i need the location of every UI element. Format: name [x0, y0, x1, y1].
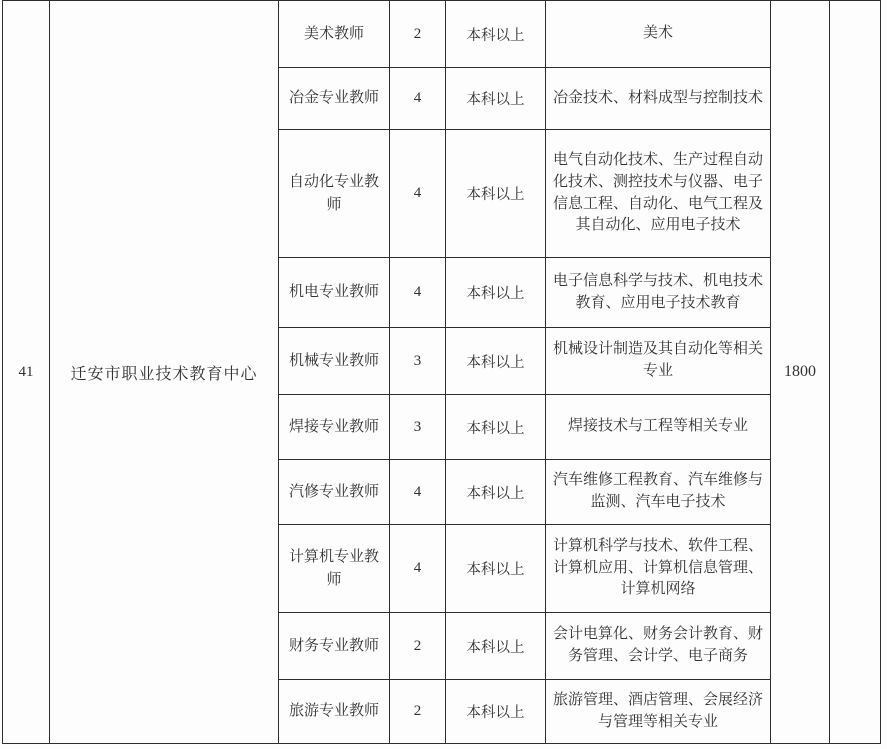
- education-cell: 本科以上: [446, 460, 546, 525]
- education-cell: 本科以上: [446, 68, 546, 130]
- majors-cell: 会计电算化、财务会计教育、财务管理、会计学、电子商务: [546, 613, 771, 680]
- position-title-cell: 财务专业教师: [279, 613, 390, 680]
- majors-cell: 电气自动化技术、生产过程自动化技术、测控技术与仪器、电子信息工程、自动化、电气工…: [546, 130, 771, 258]
- position-count-cell: 2: [390, 1, 446, 68]
- position-count-cell: 4: [390, 130, 446, 258]
- position-title-cell: 汽修专业教师: [279, 460, 390, 525]
- education-cell: 本科以上: [446, 130, 546, 258]
- position-title-cell: 美术教师: [279, 1, 390, 68]
- org-name-cell: 迁安市职业技术教育中心: [50, 1, 279, 744]
- trailing-empty-cell: [830, 1, 881, 744]
- position-count-cell: 3: [390, 328, 446, 395]
- majors-cell: 旅游管理、酒店管理、会展经济与管理等相关专业: [546, 680, 771, 744]
- majors-cell: 焊接技术与工程等相关专业: [546, 395, 771, 460]
- position-title-cell: 计算机专业教师: [279, 525, 390, 613]
- position-count-cell: 2: [390, 680, 446, 744]
- majors-cell: 机械设计制造及其自动化等相关专业: [546, 328, 771, 395]
- position-count-cell: 4: [390, 460, 446, 525]
- majors-cell: 计算机科学与技术、软件工程、计算机应用、计算机信息管理、计算机网络: [546, 525, 771, 613]
- position-count-cell: 4: [390, 68, 446, 130]
- education-cell: 本科以上: [446, 258, 546, 328]
- education-cell: 本科以上: [446, 613, 546, 680]
- page: 41 迁安市职业技术教育中心 美术教师 2 本科以上 美术 1800 冶金专业教…: [0, 0, 887, 749]
- position-count-cell: 3: [390, 395, 446, 460]
- position-title-cell: 机械专业教师: [279, 328, 390, 395]
- education-cell: 本科以上: [446, 680, 546, 744]
- majors-cell: 美术: [546, 1, 771, 68]
- position-count-cell: 2: [390, 613, 446, 680]
- recruitment-table: 41 迁安市职业技术教育中心 美术教师 2 本科以上 美术 1800 冶金专业教…: [2, 0, 881, 744]
- table-row: 41 迁安市职业技术教育中心 美术教师 2 本科以上 美术 1800: [3, 1, 881, 68]
- position-count-cell: 4: [390, 258, 446, 328]
- position-title-cell: 冶金专业教师: [279, 68, 390, 130]
- education-cell: 本科以上: [446, 525, 546, 613]
- position-title-cell: 旅游专业教师: [279, 680, 390, 744]
- org-index-cell: 41: [3, 1, 50, 744]
- position-title-cell: 焊接专业教师: [279, 395, 390, 460]
- education-cell: 本科以上: [446, 328, 546, 395]
- majors-cell: 电子信息科学与技术、机电技术教育、应用电子技术教育: [546, 258, 771, 328]
- position-title-cell: 自动化专业教师: [279, 130, 390, 258]
- majors-cell: 汽车维修工程教育、汽车维修与监测、汽车电子技术: [546, 460, 771, 525]
- position-count-cell: 4: [390, 525, 446, 613]
- position-title-cell: 机电专业教师: [279, 258, 390, 328]
- salary-cell: 1800: [771, 1, 830, 744]
- majors-cell: 冶金技术、材料成型与控制技术: [546, 68, 771, 130]
- education-cell: 本科以上: [446, 395, 546, 460]
- education-cell: 本科以上: [446, 1, 546, 68]
